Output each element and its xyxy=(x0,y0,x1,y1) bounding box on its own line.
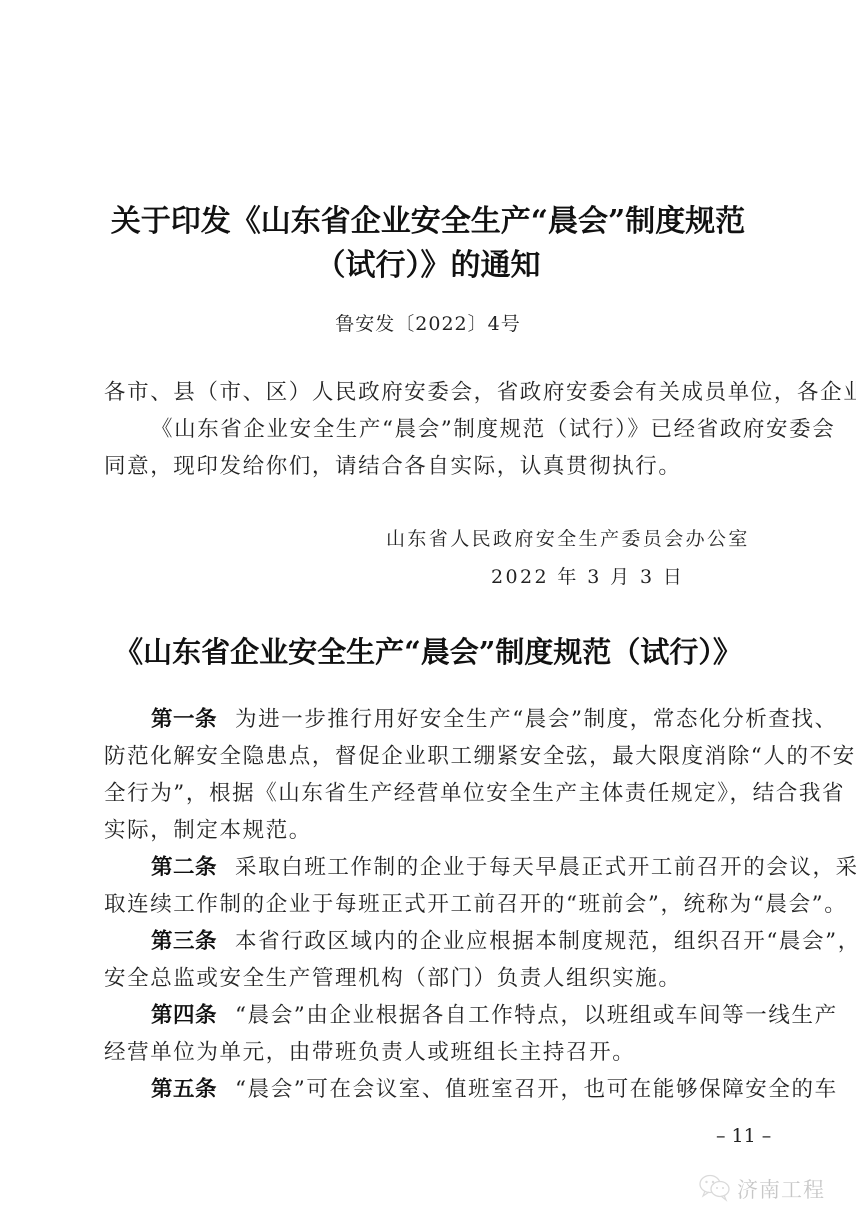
document-number: 鲁安发〔2022〕4号 xyxy=(0,309,856,336)
article-4-text: “晨会”由企业根据各自工作特点，以班组或车间等一线生产 xyxy=(235,1003,838,1028)
article-2-label: 第二条 xyxy=(151,855,217,880)
notice-body-line2: 同意，现印发给你们，请结合各自实际，认真贯彻执行。 xyxy=(104,453,768,481)
article-4-label: 第四条 xyxy=(151,1003,217,1028)
signature-issuer: 山东省人民政府安全生产委员会办公室 xyxy=(386,524,750,551)
notice-title-line1: 关于印发《山东省企业安全生产“晨会”制度规范 xyxy=(60,196,796,240)
article-2-line2: 取连续工作制的企业于每班正式开工前召开的“班前会”，统称为“晨会”。 xyxy=(104,891,768,919)
page-number: – 11 – xyxy=(716,1125,771,1147)
article-1-text: 为进一步推行用好安全生产“晨会”制度，常态化分析查找、 xyxy=(235,707,838,732)
article-3-text: 本省行政区域内的企业应根据本制度规范，组织召开“晨会”， xyxy=(235,929,856,954)
article-3-line1: 第三条本省行政区域内的企业应根据本制度规范，组织召开“晨会”， xyxy=(104,928,815,956)
article-2-text: 采取白班工作制的企业于每天早晨正式开工前召开的会议，采 xyxy=(235,855,856,880)
article-1-line2: 防范化解安全隐患点，督促企业职工绷紧安全弦，最大限度消除“人的不安 xyxy=(104,743,768,771)
notice-title-line2: （试行）》的通知 xyxy=(60,240,796,284)
article-5-text: “晨会”可在会议室、值班室召开，也可在能够保障安全的车 xyxy=(235,1077,838,1102)
article-1-line3: 全行为”，根据《山东省生产经营单位安全生产主体责任规定》，结合我省 xyxy=(104,780,768,808)
regulation-title: 《山东省企业安全生产“晨会”制度规范（试行）》 xyxy=(60,630,796,671)
article-3-label: 第三条 xyxy=(151,929,217,954)
article-5-label: 第五条 xyxy=(151,1077,217,1102)
watermark: 济南工程 xyxy=(697,1172,825,1206)
signature-date: 2022 年 3 月 3 日 xyxy=(491,562,684,589)
article-4-line1: 第四条“晨会”由企业根据各自工作特点，以班组或车间等一线生产 xyxy=(104,1002,815,1030)
document-page: 关于印发《山东省企业安全生产“晨会”制度规范 （试行）》的通知 鲁安发〔2022… xyxy=(0,0,856,1225)
article-1-line1: 第一条为进一步推行用好安全生产“晨会”制度，常态化分析查找、 xyxy=(104,706,815,734)
article-1-line4: 实际，制定本规范。 xyxy=(104,817,768,845)
wechat-icon xyxy=(697,1172,733,1206)
article-2-line1: 第二条采取白班工作制的企业于每天早晨正式开工前召开的会议，采 xyxy=(104,854,815,882)
addressee: 各市、县（市、区）人民政府安委会，省政府安委会有关成员单位，各企业： xyxy=(104,379,768,407)
watermark-text: 济南工程 xyxy=(737,1174,825,1204)
article-5-line1: 第五条“晨会”可在会议室、值班室召开，也可在能够保障安全的车 xyxy=(104,1076,815,1104)
article-3-line2: 安全总监或安全生产管理机构（部门）负责人组织实施。 xyxy=(104,965,768,993)
notice-body-line1: 《山东省企业安全生产“晨会”制度规范（试行）》已经省政府安委会 xyxy=(104,416,815,444)
article-4-line2: 经营单位为单元，由带班负责人或班组长主持召开。 xyxy=(104,1039,768,1067)
article-1-label: 第一条 xyxy=(151,707,217,732)
